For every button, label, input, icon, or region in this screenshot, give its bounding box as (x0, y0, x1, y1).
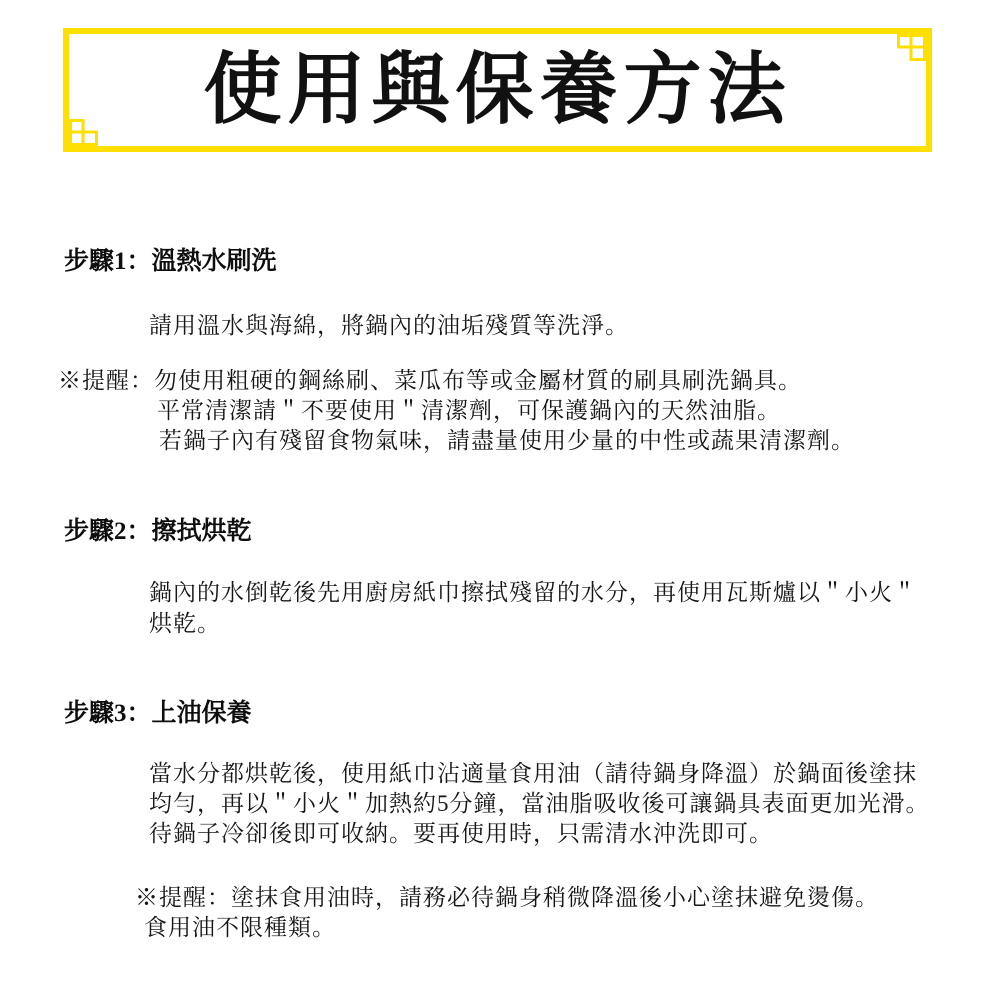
corner-ornament-top-right-icon (897, 34, 926, 61)
step1-body: 請用溫水與海綿，將鍋內的油垢殘質等洗淨。 (149, 313, 629, 338)
step3-heading: 步驟3：上油保養 (64, 700, 252, 728)
step1-heading: 步驟1：溫熱水刷洗 (64, 248, 277, 276)
step2-body-line1: 鍋內的水倒乾後先用廚房紙巾擦拭殘留的水分，再使用瓦斯爐以＂小火＂ (149, 580, 917, 605)
step3-reminder-line2: 食用油不限種類。 (144, 915, 336, 940)
step3-reminder-line1: ※提醒：塗抹食用油時，請務必待鍋身稍微降溫後小心塗抹避免燙傷。 (135, 885, 879, 910)
step1-reminder-line3: 若鍋子內有殘留食物氣味，請盡量使用少量的中性或蔬果清潔劑。 (159, 428, 855, 453)
step3-body-line1: 當水分都烘乾後，使用紙巾沾適量食用油（請待鍋身降溫）於鍋面後塗抹 (149, 761, 917, 786)
step3-body-line2: 均勻，再以＂小火＂加熱約5分鐘，當油脂吸收後可讓鍋具表面更加光滑。 (149, 791, 930, 816)
step1-reminder-line2: 平常清潔請＂不要使用＂清潔劑，可保護鍋內的天然油脂。 (157, 398, 781, 423)
page-title: 使用與保養方法 (203, 51, 791, 129)
title-border-box: 使用與保養方法 (63, 28, 932, 152)
step2-heading: 步驟2：擦拭烘乾 (64, 518, 252, 546)
care-instructions-page: 使用與保養方法 步驟1：溫熱水刷洗 請用溫水與海綿，將鍋內的油垢殘質等洗淨。 ※… (0, 0, 1000, 1000)
step3-body-line3: 待鍋子冷卻後即可收納。要再使用時，只需清水沖洗即可。 (149, 821, 773, 846)
step2-body-line2: 烘乾。 (149, 611, 221, 636)
corner-ornament-bottom-left-icon (69, 119, 98, 146)
step1-reminder-line1: ※提醒：勿使用粗硬的鋼絲刷、菜瓜布等或金屬材質的刷具刷洗鍋具。 (58, 368, 802, 393)
